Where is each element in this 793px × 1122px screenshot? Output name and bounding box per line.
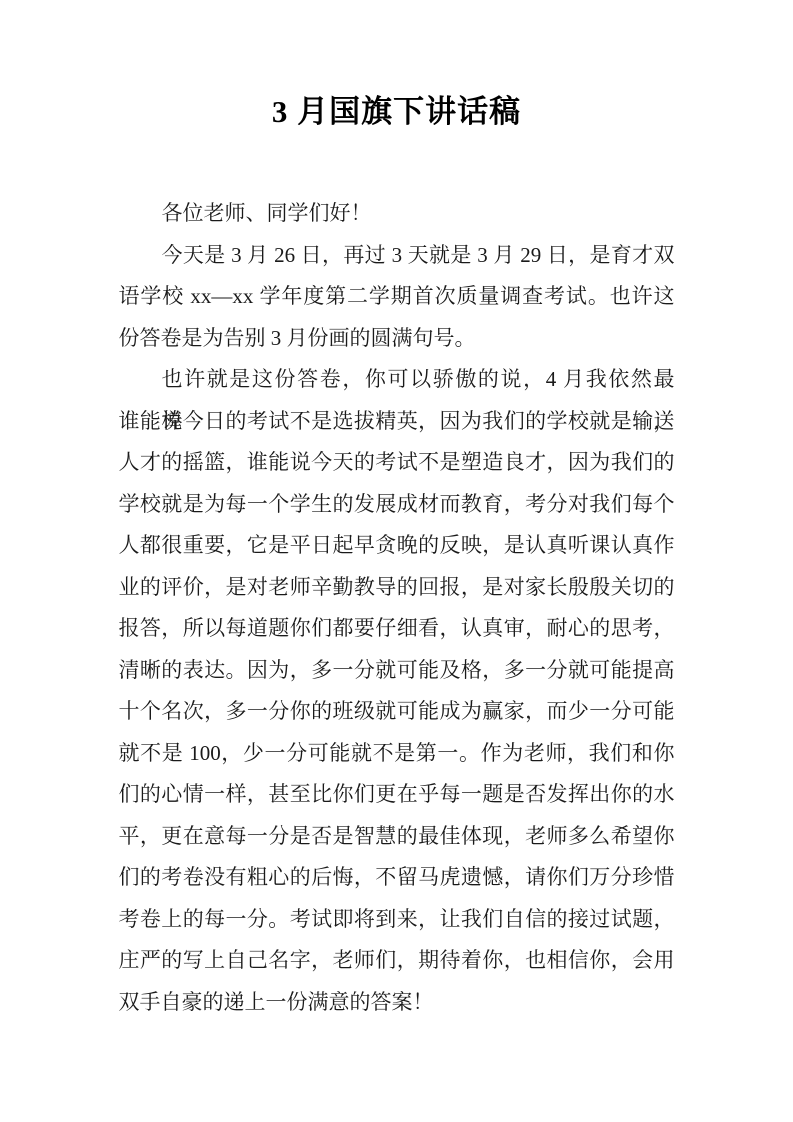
document-body: 各位老师、同学们好！今天是 3 月 26 日，再过 3 天就是 3 月 29 日… xyxy=(119,193,675,1023)
text-line: 就不是 100，少一分可能就不是第一。作为老师，我们和你 xyxy=(119,733,675,775)
paragraph: 也许就是这份答卷，你可以骄傲的说，4 月我依然最棒，谁能说今日的考试不是选拔精英… xyxy=(119,359,675,1023)
text-line: 份答卷是为告别 3 月份画的圆满句号。 xyxy=(119,318,675,360)
text-line: 人才的摇篮，谁能说今天的考试不是塑造良才，因为我们的 xyxy=(119,442,675,484)
text-line: 庄严的写上自己名字，老师们，期待着你，也相信你，会用 xyxy=(119,940,675,982)
text-line: 考卷上的每一分。考试即将到来，让我们自信的接过试题， xyxy=(119,899,675,941)
text-line: 业的评价，是对老师辛勤教导的回报，是对家长殷殷关切的 xyxy=(119,567,675,609)
text-line: 人都很重要，它是平日起早贪晚的反映，是认真听课认真作 xyxy=(119,525,675,567)
text-line: 今天是 3 月 26 日，再过 3 天就是 3 月 29 日，是育才双 xyxy=(119,235,675,277)
text-line: 谁能说今日的考试不是选拔精英，因为我们的学校就是输送 xyxy=(119,401,675,443)
text-line: 双手自豪的递上一份满意的答案！ xyxy=(119,982,675,1024)
document-title: 3 月国旗下讲话稿 xyxy=(0,0,793,130)
document-page: 3 月国旗下讲话稿 各位老师、同学们好！今天是 3 月 26 日，再过 3 天就… xyxy=(0,0,793,1122)
text-line: 平，更在意每一分是否是智慧的最佳体现，老师多么希望你 xyxy=(119,816,675,858)
text-line: 也许就是这份答卷，你可以骄傲的说，4 月我依然最棒， xyxy=(119,359,675,401)
paragraph: 今天是 3 月 26 日，再过 3 天就是 3 月 29 日，是育才双语学校 x… xyxy=(119,235,675,360)
text-line: 学校就是为每一个学生的发展成材而教育，考分对我们每个 xyxy=(119,484,675,526)
text-line: 报答，所以每道题你们都要仔细看，认真审，耐心的思考， xyxy=(119,608,675,650)
text-line: 清晰的表达。因为，多一分就可能及格，多一分就可能提高 xyxy=(119,650,675,692)
text-line: 们的心情一样，甚至比你们更在乎每一题是否发挥出你的水 xyxy=(119,774,675,816)
text-line: 语学校 xx—xx 学年度第二学期首次质量调查考试。也许这 xyxy=(119,276,675,318)
text-line: 各位老师、同学们好！ xyxy=(119,193,675,235)
paragraph: 各位老师、同学们好！ xyxy=(119,193,675,235)
text-line: 十个名次，多一分你的班级就可能成为赢家，而少一分可能 xyxy=(119,691,675,733)
text-line: 们的考卷没有粗心的后悔，不留马虎遗憾，请你们万分珍惜 xyxy=(119,857,675,899)
